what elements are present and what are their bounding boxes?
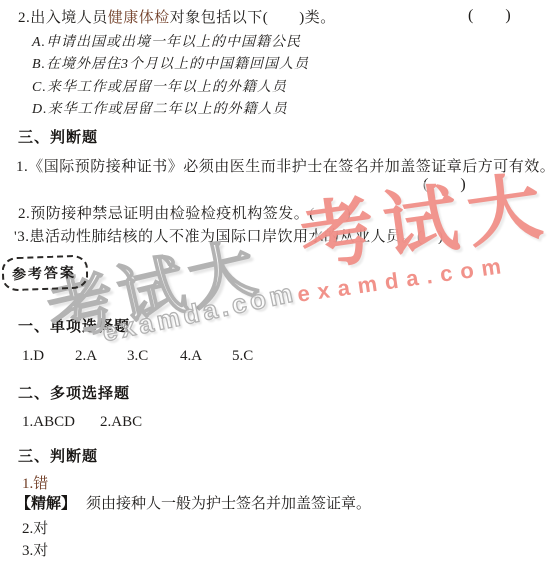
judgment-answer-1: 1.错 <box>22 472 48 493</box>
question-2-option-c: C.来华工作或居留一年以上的外籍人员 <box>32 76 287 96</box>
watermark-right-examda-url: examda.com <box>296 254 510 305</box>
question-2-answer-bracket: ( ) <box>468 2 511 25</box>
question-2-text-pre: 2.出入境人员 <box>18 10 108 26</box>
judgment-question-3: '3.患活动性肺结核的人不准为国际口岸饮用水的从业人员。( ) <box>14 225 443 246</box>
judgment-section-heading: 三、判断题 <box>18 126 98 147</box>
question-2-option-d: D.来华工作或居留二年以上的外籍人员 <box>32 98 288 118</box>
question-2-text-post: 对象包括以下( )类。 <box>170 10 336 26</box>
judgment-question-2: 2.预防接种禁忌证明由检验检疫机构签发。( ) <box>18 202 351 223</box>
reference-answers-stamp: 参考答案 <box>1 255 88 292</box>
multi-choice-answer-2: 2.ABC <box>100 414 142 431</box>
single-choice-answers-heading: 一、单项选择题 <box>18 315 130 336</box>
explanation-label: 【精解】 <box>16 495 76 512</box>
question-2-option-b: B.在境外居住3个月以上的中国籍回国人员 <box>32 53 309 73</box>
single-choice-answer-5: 5.C <box>232 348 253 365</box>
judgment-question-1-bracket: ( ) <box>423 171 466 194</box>
judgment-answer-3: 3.对 <box>22 539 48 560</box>
single-choice-answer-2: 2.A <box>75 348 97 365</box>
single-choice-answer-3: 3.C <box>127 348 148 365</box>
judgment-answer-2: 2.对 <box>22 517 48 538</box>
reference-answers-stamp-label: 参考答案 <box>12 264 77 282</box>
multi-choice-answers-heading: 二、多项选择题 <box>18 382 130 403</box>
question-2-text: 2.出入境人员健康体检对象包括以下( )类。 <box>18 6 336 27</box>
question-2-option-a: A.申请出国或出境一年以上的中国籍公民 <box>32 31 301 51</box>
judgment-question-1: 1.《国际预防接种证书》必须由医生而非护士在签名并加盖签证章后方可有效。 <box>16 155 555 176</box>
explanation-text: 须由接种人一般为护士签名并加盖签证章。 <box>86 496 371 512</box>
multi-choice-answer-1: 1.ABCD <box>22 414 75 431</box>
single-choice-answer-1: 1.D <box>22 348 44 365</box>
judgment-answers-heading: 三、判断题 <box>18 445 98 466</box>
scanned-exam-page: 2.出入境人员健康体检对象包括以下( )类。 ( ) A.申请出国或出境一年以上… <box>0 0 560 561</box>
judgment-answer-1-explanation: 【精解】须由接种人一般为护士签名并加盖签证章。 <box>16 492 371 513</box>
single-choice-answer-4: 4.A <box>180 348 202 365</box>
question-2-text-highlight: 健康体检 <box>108 10 170 26</box>
